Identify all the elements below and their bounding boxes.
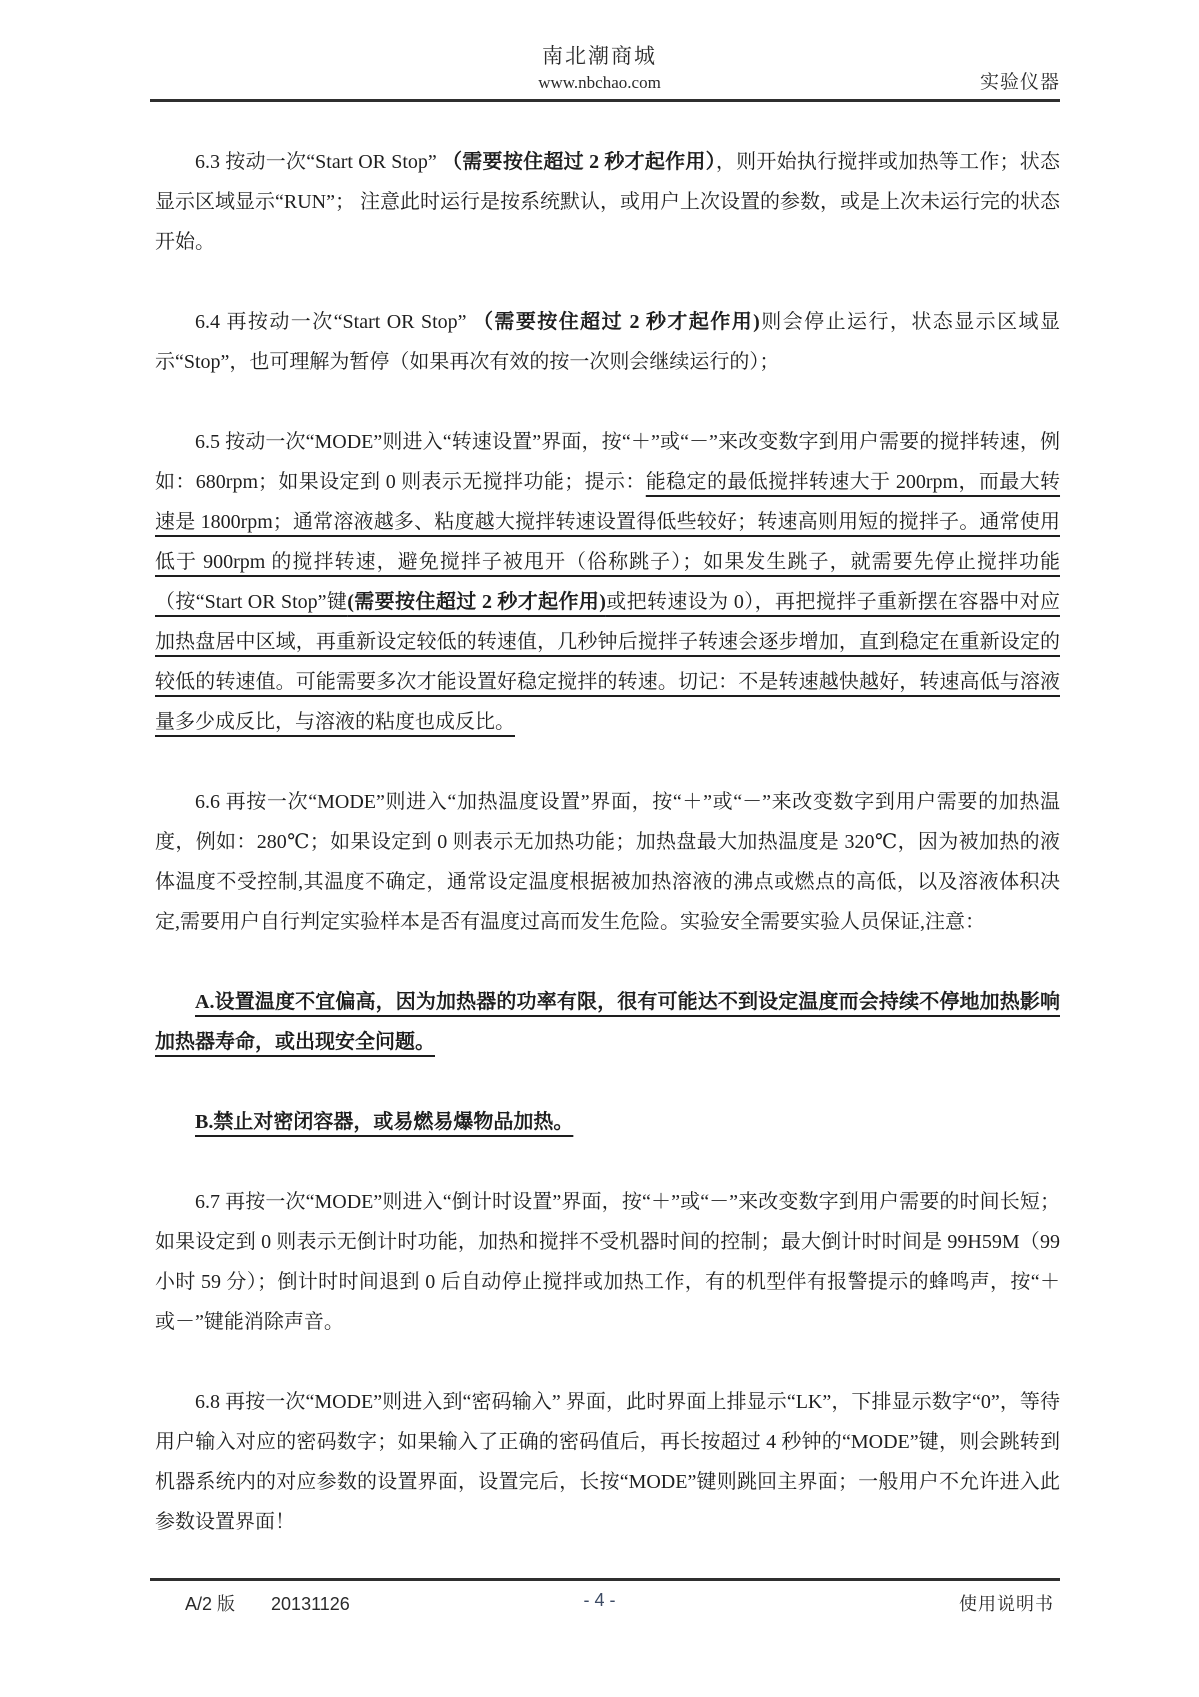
paragraph-6-4: 6.4 再按动一次“Start OR Stop” （需要按住超过 2 秒才起作用… [155, 302, 1060, 382]
text-segment: 6.6 再按一次“MODE”则进入“加热温度设置”界面，按“＋”或“－”来改变数… [155, 791, 1060, 933]
text-segment: 6.8 再按一次“MODE”则进入到“密码输入” 界面，此时界面上排显示“LK”… [155, 1391, 1060, 1533]
paragraph-note-a: A.设置温度不宜偏高，因为加热器的功率有限，很有可能达不到设定温度而会持续不停地… [155, 982, 1060, 1062]
text-segment: A.设置温度不宜偏高，因为加热器的功率有限，很有可能达不到设定温度而会持续不停地… [155, 991, 1060, 1053]
paragraph-6-3: 6.3 按动一次“Start OR Stop” （需要按住超过 2 秒才起作用）… [155, 142, 1060, 262]
paragraph-note-b: B.禁止对密闭容器，或易燃易爆物品加热。 [155, 1102, 1060, 1142]
store-name: 南北潮商城 [0, 40, 1199, 70]
footer-page-number: - 4 - [0, 1590, 1199, 1611]
page-footer: A/2 版 20131126 - 4 - 使用说明书 [0, 1578, 1199, 1616]
text-segment: （需要按住超过 2 秒才起作用) [473, 311, 760, 333]
document-body: 6.3 按动一次“Start OR Stop” （需要按住超过 2 秒才起作用）… [0, 142, 1199, 1542]
text-segment: （需要按住超过 2 秒才起作用） [442, 151, 716, 173]
text-segment: (需要按住超过 2 秒才起作用) [347, 591, 606, 613]
manual-page: 南北潮商城 www.nbchao.com 实验仪器 6.3 按动一次“Start… [0, 0, 1199, 1697]
header-divider [150, 99, 1060, 102]
paragraph-6-7: 6.7 再按一次“MODE”则进入“倒计时设置”界面，按“＋”或“－”来改变数字… [155, 1182, 1060, 1342]
header-category: 实验仪器 [980, 67, 1060, 94]
footer-row: A/2 版 20131126 - 4 - 使用说明书 [0, 1581, 1199, 1616]
text-segment: 6.4 再按动一次“Start OR Stop” [195, 311, 473, 333]
text-segment: B.禁止对密闭容器，或易燃易爆物品加热。 [195, 1111, 573, 1133]
text-segment: 6.7 再按一次“MODE”则进入“倒计时设置”界面，按“＋”或“－”来改变数字… [155, 1191, 1060, 1333]
page-header: 南北潮商城 www.nbchao.com 实验仪器 [0, 0, 1199, 102]
paragraph-6-5: 6.5 按动一次“MODE”则进入“转速设置”界面，按“＋”或“－”来改变数字到… [155, 422, 1060, 742]
paragraph-6-6: 6.6 再按一次“MODE”则进入“加热温度设置”界面，按“＋”或“－”来改变数… [155, 782, 1060, 942]
paragraph-6-8: 6.8 再按一次“MODE”则进入到“密码输入” 界面，此时界面上排显示“LK”… [155, 1382, 1060, 1542]
text-segment: 6.3 按动一次“Start OR Stop” [195, 151, 442, 173]
